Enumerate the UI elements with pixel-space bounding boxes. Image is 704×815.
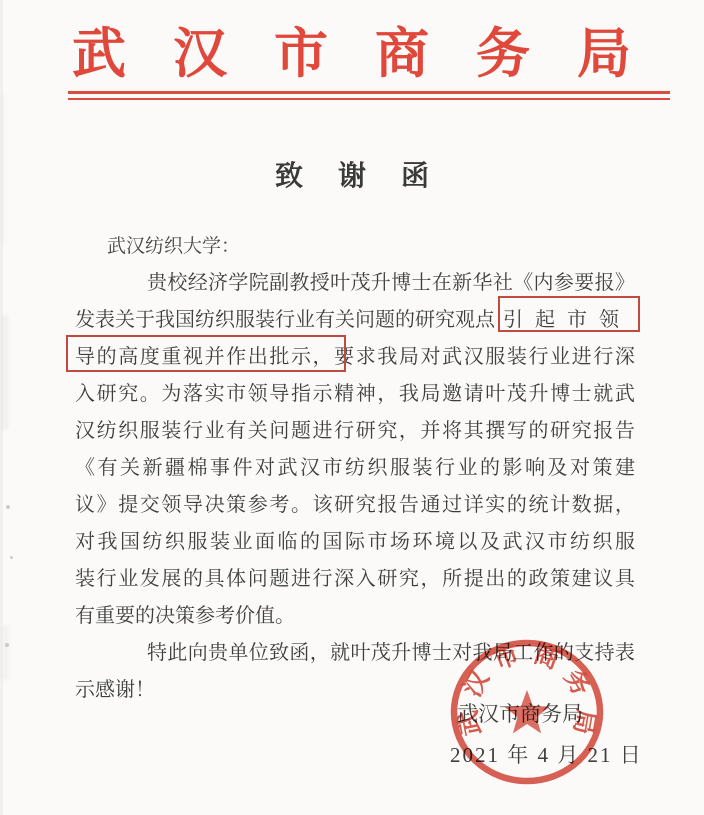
agency-letterhead: 武汉市商务局	[72, 22, 678, 86]
body-line-text: 发表关于我国纺织服装行业有关问题的研究观点	[75, 309, 495, 331]
scan-smudge	[3, 625, 8, 680]
body-line: 入研究。为落实市领导指示精神，我局邀请叶茂升博士就武	[75, 376, 635, 413]
letterhead-double-rule	[68, 91, 670, 100]
document-title: 致 谢 函	[0, 156, 704, 198]
body-line: 对我国纺织服装业面临的国际市场环境以及武汉市纺织服	[75, 524, 635, 561]
scanned-letter-page: 武汉市商务局 致 谢 函 武汉纺织大学： 贵校经济学院副教授叶茂升博士在新华社《…	[0, 0, 704, 815]
official-seal: 武汉市商务局	[447, 637, 607, 789]
seal-star-icon	[504, 690, 550, 733]
body-line: 《有关新疆棉事件对武汉市纺织服装行业的影响及对策建	[75, 450, 635, 487]
salutation: 武汉纺织大学：	[75, 228, 635, 265]
scan-speck	[10, 556, 13, 559]
body-line: 有重要的决策参考价值。	[75, 598, 635, 635]
scan-smudge	[2, 315, 8, 430]
scan-speck	[6, 505, 10, 509]
scan-speck	[5, 643, 9, 647]
body-line: 议》提交领导决策参考。该研究报告通过详实的统计数据，	[75, 487, 635, 524]
body-line: 汉纺织服装行业有关问题进行研究，并将其撰写的研究报告	[75, 413, 635, 450]
body-line: 装行业发展的具体问题进行深入研究，所提出的政策建议具	[75, 561, 635, 598]
highlight-box	[66, 335, 346, 372]
highlight-box	[498, 296, 640, 332]
